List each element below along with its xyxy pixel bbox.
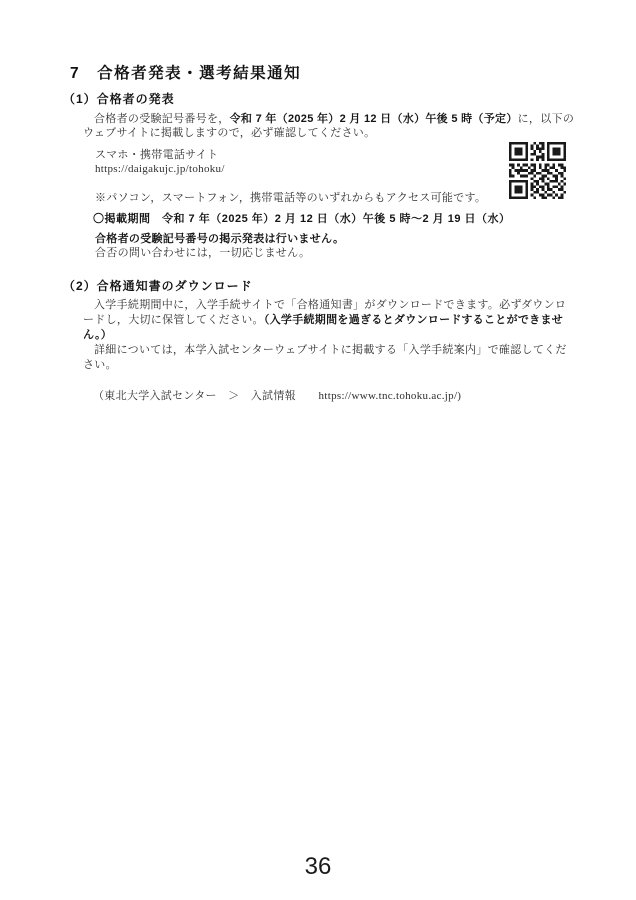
download-deadline-warning-end: ん。） (83, 328, 566, 343)
text-line: ードし，大切に保管してください。（入学手続期間を過ぎるとダウンロードすることがで… (83, 313, 566, 328)
section1-intro-paragraph: 合格者の受験記号番号を，令和 7 年（2025 年）2 月 12 日（水）午後 … (83, 112, 574, 140)
posting-period: 〇掲載期間 令和 7 年（2025 年）2 月 12 日（水）午後 5 時～2 … (93, 210, 511, 226)
para-text: ードし，大切に保管してください。 (83, 314, 264, 326)
page-title: 7 合格者発表・選考結果通知 (70, 61, 301, 83)
section2-paragraph1: 入学手続期間中に，入学手続サイトで「合格通知書」がダウンロードできます。必ずダウ… (83, 298, 566, 343)
qr-code-icon (509, 142, 566, 199)
mobile-site-label: スマホ・携帯電話サイト (95, 148, 225, 162)
reference-line[interactable]: （東北大学入試センター ＞ 入試情報 https://www.tnc.tohok… (93, 387, 461, 403)
access-note: ※パソコン，スマートフォン，携帯電話等のいずれからもアクセス可能です。 (95, 189, 486, 205)
text-line: 入学手続期間中に，入学手続サイトで「合格通知書」がダウンロードできます。必ずダウ… (83, 298, 566, 313)
text-line: 合格者の受験記号番号を，令和 7 年（2025 年）2 月 12 日（水）午後 … (83, 112, 574, 126)
mobile-site-url[interactable]: https://daigakujc.jp/tohoku/ (95, 162, 225, 176)
no-inquiries: 合否の問い合わせには，一切応じません。 (95, 246, 344, 260)
section2-paragraph2: 詳細については，本学入試センターウェブサイトに掲載する「入学手続案内」で確認して… (83, 343, 567, 373)
page-number: 36 (0, 853, 636, 881)
section2-title: （2）合格通知書のダウンロード (63, 277, 253, 294)
no-posting-block: 合格者の受験記号番号の掲示発表は行いません。 合否の問い合わせには，一切応じませ… (95, 232, 344, 260)
text-line: 詳細については，本学入試センターウェブサイトに掲載する「入学手続案内」で確認して… (83, 343, 567, 358)
intro-text: 合格者の受験記号番号を， (94, 113, 230, 125)
download-deadline-warning: （入学手続期間を過ぎるとダウンロードすることができませ (264, 314, 563, 326)
document-page: 7 合格者発表・選考結果通知 （1）合格者の発表 合格者の受験記号番号を，令和 … (0, 0, 636, 900)
text-line: ウェブサイトに掲載しますので，必ず確認してください。 (83, 126, 574, 140)
intro-text: に，以下の (518, 113, 575, 125)
section1-title: （1）合格者の発表 (63, 90, 175, 107)
mobile-site-block: スマホ・携帯電話サイト https://daigakujc.jp/tohoku/ (95, 148, 225, 176)
announce-datetime: 令和 7 年（2025 年）2 月 12 日（水）午後 5 時（予定） (230, 113, 518, 125)
no-board-posting: 合格者の受験記号番号の掲示発表は行いません。 (95, 232, 344, 246)
text-line: さい。 (83, 358, 567, 373)
